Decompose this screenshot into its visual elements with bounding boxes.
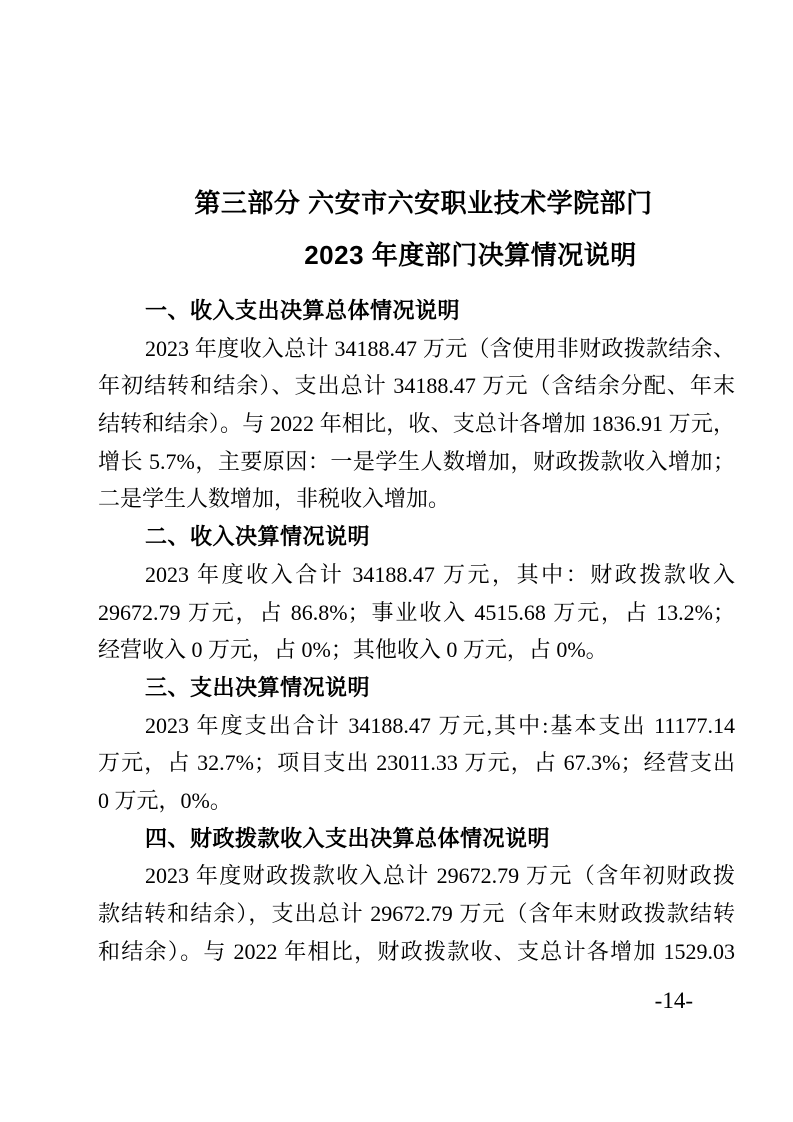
- section-3-heading: 三、支出决算情况说明: [98, 669, 735, 707]
- section-2-paragraph-line-2: 29672.79 万元，占 86.8%；事业收入 4515.68 万元，占 13…: [98, 594, 735, 632]
- section-1-heading: 一、收入支出决算总体情况说明: [98, 292, 735, 330]
- section-3-paragraph-line-3: 0 万元，0%。: [98, 782, 735, 820]
- document-body: 一、收入支出决算总体情况说明 2023 年度收入总计 34188.47 万元（含…: [98, 292, 735, 970]
- section-2-paragraph-line-1: 2023 年度收入合计 34188.47 万元，其中：财政拨款收入: [98, 556, 735, 594]
- section-2-heading: 二、收入决算情况说明: [98, 518, 735, 556]
- page-number: -14-: [655, 988, 693, 1014]
- section-4-heading: 四、财政拨款收入支出决算总体情况说明: [98, 820, 735, 858]
- section-4-paragraph-line-1: 2023 年度财政拨款收入总计 29672.79 万元（含年初财政拨: [98, 857, 735, 895]
- section-3-paragraph-line-1: 2023 年度支出合计 34188.47 万元,其中:基本支出 11177.14: [98, 707, 735, 745]
- section-4-paragraph-line-3: 和结余）。与 2022 年相比，财政拨款收、支总计各增加 1529.03: [98, 933, 735, 971]
- section-2-paragraph-line-3: 经营收入 0 万元，占 0%；其他收入 0 万元，占 0%。: [98, 631, 735, 669]
- document-subtitle: 2023 年度部门决算情况说明: [152, 238, 789, 272]
- document-title: 第三部分 六安市六安职业技术学院部门: [105, 186, 742, 220]
- section-1-paragraph-line-1: 2023 年度收入总计 34188.47 万元（含使用非财政拨款结余、: [98, 330, 735, 368]
- section-3-paragraph-line-2: 万元，占 32.7%；项目支出 23011.33 万元，占 67.3%；经营支出: [98, 744, 735, 782]
- section-1-paragraph-line-4: 增长 5.7%，主要原因：一是学生人数增加，财政拨款收入增加；: [98, 443, 735, 481]
- document-page: 第三部分 六安市六安职业技术学院部门 2023 年度部门决算情况说明 一、收入支…: [0, 0, 793, 1122]
- section-1-paragraph-line-5: 二是学生人数增加，非税收入增加。: [98, 480, 735, 518]
- section-1-paragraph-line-3: 结转和结余）。与 2022 年相比，收、支总计各增加 1836.91 万元，: [98, 405, 735, 443]
- section-4-paragraph-line-2: 款结转和结余），支出总计 29672.79 万元（含年末财政拨款结转: [98, 895, 735, 933]
- section-1-paragraph-line-2: 年初结转和结余）、支出总计 34188.47 万元（含结余分配、年末: [98, 367, 735, 405]
